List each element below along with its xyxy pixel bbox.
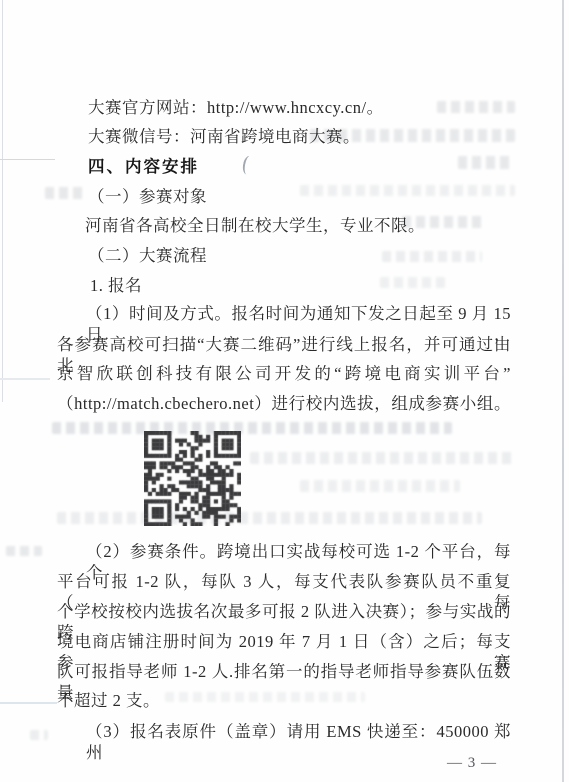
subheading-participants: （一）参赛对象 <box>88 186 207 209</box>
bleedthrough-artifact <box>45 187 85 199</box>
line-official-website: 大赛官方网站：http://www.hncxcy.cn/。 <box>88 97 384 120</box>
line-reg-time-3: 京智欣联创科技有限公司开发的“跨境电商实训平台” <box>57 363 511 386</box>
line-conditions-5: 队可报指导老师 1-2 人.排名第一的指导老师指导参赛队伍数量 <box>57 661 511 684</box>
line-reg-time-4-platform-url: （http://match.cbechero.net）进行校内选拔，组成参赛小组… <box>57 393 511 416</box>
subheading-process: （二）大赛流程 <box>88 245 207 268</box>
line-conditions-4: 境电商店铺注册时间为 2019 年 7 月 1 日（含）之后；每支参赛 <box>57 631 511 654</box>
line-wechat-account: 大赛微信号：河南省跨境电商大赛。 <box>88 126 360 149</box>
stray-pen-mark <box>241 155 257 176</box>
paper-edge-shadow-right <box>562 0 564 782</box>
scan-artifact <box>0 159 55 160</box>
bleedthrough-artifact <box>458 156 513 169</box>
line-reg-time-1: （1）时间及方式。报名时间为通知下发之日起至 9 月 15 日， <box>86 303 511 326</box>
bleedthrough-artifact <box>30 730 48 740</box>
bleedthrough-artifact <box>165 692 365 702</box>
scan-artifact <box>0 702 57 704</box>
bleedthrough-artifact <box>6 546 42 556</box>
bleedthrough-artifact <box>52 422 452 434</box>
line-reg-time-2: 各参赛高校可扫描“大赛二维码”进行线上报名，并可通过由北 <box>57 334 511 357</box>
bleedthrough-artifact <box>250 452 515 464</box>
bleedthrough-artifact <box>57 512 482 524</box>
paper-edge-shadow-left <box>2 0 3 402</box>
bleedthrough-artifact <box>380 277 445 288</box>
line-mailing-instruction: （3）报名表原件（盖章）请用 EMS 快递至：450000 郑州 <box>86 721 511 744</box>
line-conditions-6: 不超过 2 支。 <box>57 690 160 713</box>
line-conditions-2: 平台可报 1-2 队，每队 3 人，每支代表队参赛队员不重复（每 <box>57 571 511 594</box>
line-participants-scope: 河南省各高校全日制在校大学生，专业不限。 <box>85 215 425 238</box>
subheading-registration: 1. 报名 <box>90 275 142 298</box>
bleedthrough-artifact <box>300 480 460 492</box>
bleedthrough-artifact <box>437 101 515 113</box>
bleedthrough-artifact <box>382 251 482 262</box>
scan-artifact <box>0 378 50 380</box>
line-conditions-3: 个学校按校内选拔名次最多可报 2 队进入决赛）；参与实战的跨 <box>57 601 511 624</box>
page-number: — 3 — <box>432 755 512 772</box>
heading-section-4-content-arrangement: 四、内容安排 <box>88 157 199 180</box>
scanned-document-page: 大赛官方网站：http://www.hncxcy.cn/。 大赛微信号：河南省跨… <box>0 0 569 782</box>
bleedthrough-artifact <box>300 185 515 196</box>
line-conditions-1: （2）参赛条件。跨境出口实战每校可选 1-2 个平台，每个 <box>86 541 511 564</box>
contest-qr-code <box>144 431 241 526</box>
